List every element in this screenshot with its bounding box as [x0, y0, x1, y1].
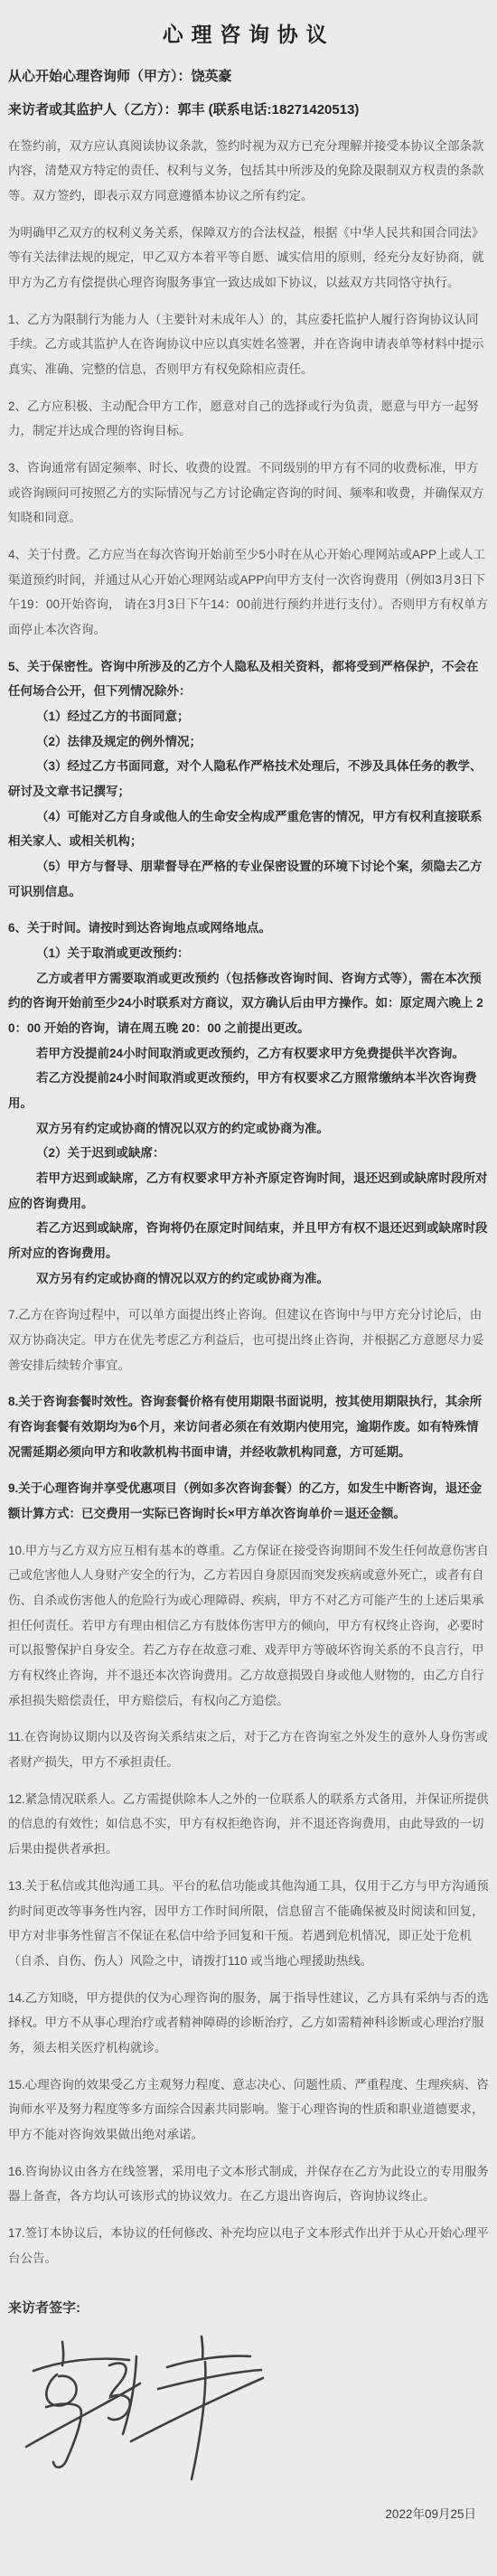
agreement-paragraph: 6、关于时间。请按时到达咨询地点或网络地点。	[8, 916, 489, 941]
agreement-paragraph: 15.心理咨询的效果受乙方主观努力程度、意志决心、问题性质、严重程度、生理疾病、…	[8, 2073, 489, 2148]
page-title: 心理咨询协议	[8, 18, 489, 48]
agreement-paragraph: 11.在咨询协议期内以及咨询关系结束之后，对于乙方在咨询室之外发生的意外人身伤害…	[8, 1725, 489, 1774]
agreement-paragraph: 双方另有约定或协商的情况以双方的约定或协商为准。	[8, 1116, 489, 1142]
signature-image	[21, 2333, 489, 2500]
agreement-paragraph: 若甲方迟到或缺席，乙方有权要求甲方补齐原定咨询时间，退还迟到或缺席时段所对应的咨…	[8, 1166, 489, 1216]
agreement-paragraph: （1）关于取消或更改预约：	[8, 941, 489, 966]
agreement-paragraph: （2）法律及规定的例外情况；	[8, 729, 489, 755]
agreement-paragraph: 14.乙方知晓，甲方提供的仅为心理咨询的服务，属于指导性建议，乙方具有采纳与否的…	[8, 1986, 489, 2061]
agreement-paragraph: 17.签订本协议后，本协议的任何修改、补充均应以电子文本形式作出并于从心开始心理…	[8, 2221, 489, 2270]
agreement-paragraph: 5、关于保密性。咨询中所涉及的乙方个人隐私及相关资料，都将受到严格保护，不会在任…	[8, 654, 489, 704]
party-a-line: 从心开始心理咨询师（甲方）：饶英豪	[8, 66, 489, 89]
agreement-paragraph: 16.咨询协议由各方在线签署，采用电子文本形式制成，并保存在乙方为此设立的专用服…	[8, 2159, 489, 2209]
agreement-paragraph: 1、乙方为限制行为能力人（主要针对未成年人）的，其应委托监护人履行咨询协议认同手…	[8, 307, 489, 382]
agreement-paragraph: （4）可能对乙方自身或他人的生命安全构成严重危害的情况，甲方有权利直接联系相关家…	[8, 804, 489, 854]
agreement-paragraph: 3、咨询通常有固定频率、时长、收费的设置。不同级别的甲方有不同的收费标准，甲方或…	[8, 456, 489, 531]
party-b-line: 来访者或其监护人（乙方）：郭丰 (联系电话:18271420513)	[8, 99, 489, 122]
agreement-paragraph: 13.关于私信或其他沟通工具。平台的私信功能或其他沟通工具，仅用于乙方与甲方沟通…	[8, 1874, 489, 1974]
agreement-paragraph: 2、乙方应积极、主动配合甲方工作，愿意对自己的选择或行为负责，愿意与甲方一起努力…	[8, 394, 489, 444]
signature-label: 来访者签字:	[8, 2298, 489, 2317]
agreement-paragraph: 12.紧急情况联系人。乙方需提供除本人之外的一位联系人的联系方式备用，并保证所提…	[8, 1787, 489, 1862]
agreement-paragraph: （5）甲方与督导、朋辈督导在严格的专业保密设置的环境下讨论个案，须隐去乙方可识别…	[8, 854, 489, 904]
agreement-document: 心理咨询协议 从心开始心理咨询师（甲方）：饶英豪 来访者或其监护人（乙方）：郭丰…	[0, 0, 497, 2576]
signature-date: 2022年09月25日	[8, 2504, 489, 2522]
agreement-paragraph: 双方另有约定或协商的情况以双方的约定或协商为准。	[8, 1266, 489, 1292]
agreement-paragraph: （2）关于迟到或缺席：	[8, 1141, 489, 1166]
agreement-paragraph: 若乙方迟到或缺席，咨询将仍在原定时间结束，并且甲方有权不退还迟到或缺席时段所对应…	[8, 1216, 489, 1265]
agreement-paragraph: 若甲方没提前24小时间取消或更改预约，乙方有权要求甲方免费提供半次咨询。	[8, 1041, 489, 1067]
agreement-paragraph: 在签约前，双方应认真阅读协议条款，签约时视为双方已充分理解并接受本协议全部条款内…	[8, 134, 489, 209]
agreement-paragraph: 为明确甲乙双方的权利义务关系，保障双方的合法权益，根据《中华人民共和国合同法》等…	[8, 221, 489, 296]
agreement-paragraph: （1）经过乙方的书面同意；	[8, 704, 489, 729]
agreement-paragraph: 9.关于心理咨询并享受优惠项目（例如多次咨询套餐）的乙方，如发生中断咨询，退还金…	[8, 1476, 489, 1526]
agreement-paragraph: （3）经过乙方书面同意，对个人隐私作严格技术处理后，不涉及具体任务的教学、研讨及…	[8, 754, 489, 804]
agreement-paragraph: 乙方或者甲方需要取消或更改预约（包括修改咨询时间、咨询方式等），需在本次预约的咨…	[8, 966, 489, 1041]
agreement-paragraph: 若乙方没提前24小时间取消或更改预约，甲方有权要求乙方照常缴纳本半次咨询费用。	[8, 1066, 489, 1115]
agreement-paragraph: 4、关于付费。乙方应当在每次咨询开始前至少5小时在从心开始心理网站或APP上或人…	[8, 542, 489, 643]
agreement-paragraph: 8.关于咨询套餐时效性。咨询套餐价格有使用期限书面说明，按其使用期限执行，其余所…	[8, 1389, 489, 1464]
agreement-paragraph: 7.乙方在咨询过程中，可以单方面提出终止咨询。但建议在咨询中与甲方充分讨论后，由…	[8, 1302, 489, 1377]
agreement-body: 在签约前，双方应认真阅读协议条款，签约时视为双方已充分理解并接受本协议全部条款内…	[8, 134, 489, 2271]
agreement-paragraph: 10.甲方与乙方双方应互相有基本的尊重。乙方保证在接受咨询期间不发生任何故意伤害…	[8, 1538, 489, 1714]
